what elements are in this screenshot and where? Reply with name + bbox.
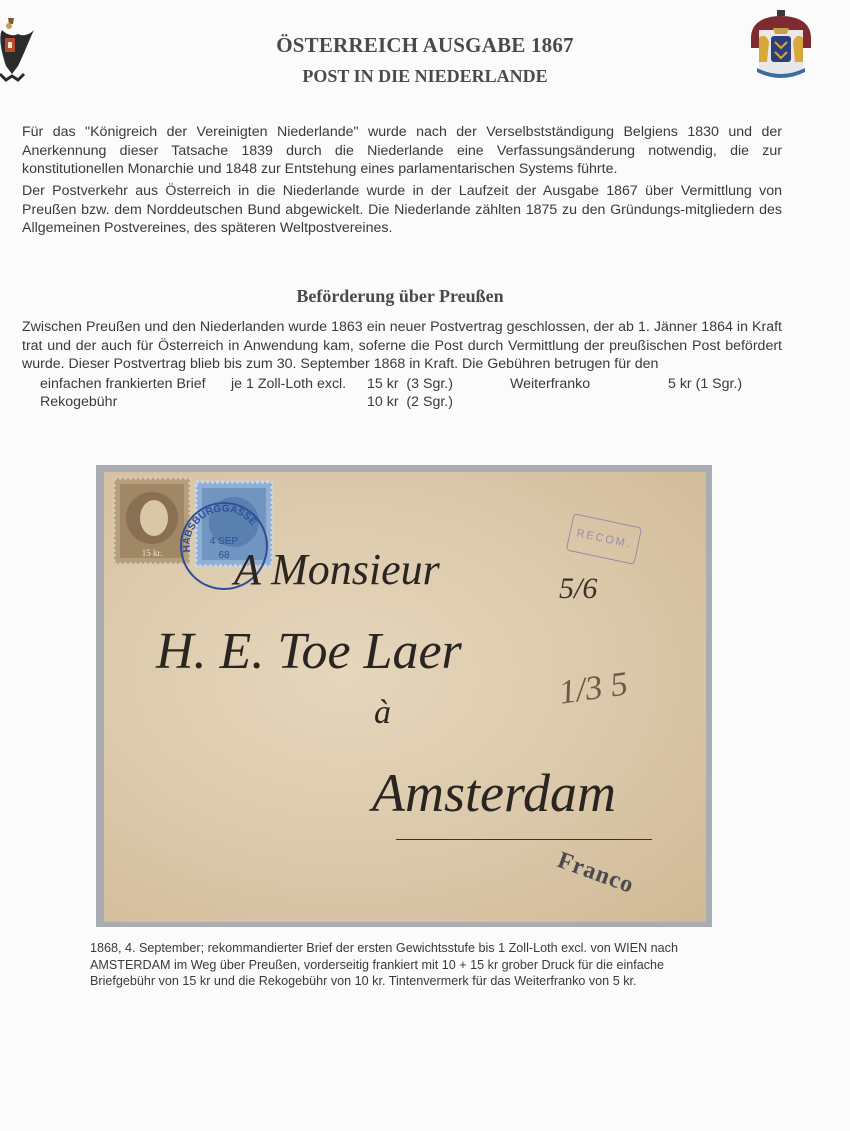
ink-mark: 5/6	[559, 572, 597, 606]
fee-amount: 15 kr (3 Sgr.)	[367, 376, 453, 392]
address-line-1: A Monsieur	[234, 544, 440, 595]
fee-extra-label: Weiterfranko	[510, 376, 590, 392]
fee-label: einfachen frankierten Brief	[40, 376, 206, 392]
svg-text:68: 68	[218, 550, 230, 561]
address-line-2: H. E. Toe Laer	[156, 622, 462, 681]
address-line-3: à	[374, 694, 391, 732]
section-title: Beförderung über Preußen	[0, 286, 800, 307]
fee-extra-amount: 5 kr (1 Sgr.)	[668, 376, 742, 392]
franco-handstamp: Franco	[554, 847, 638, 899]
page-subtitle: POST IN DIE NIEDERLANDE	[0, 66, 850, 87]
fee-label: Rekogebühr	[40, 394, 117, 410]
intro-paragraph-2: Der Postverkehr aus Österreich in die Ni…	[22, 182, 782, 238]
postal-cover: 15 kr. HABSBURGGASSE 4 SEP 68 RECOM. A M…	[104, 472, 706, 922]
registration-handstamp: RECOM.	[566, 513, 642, 565]
svg-text:15 kr.: 15 kr.	[142, 548, 163, 558]
underline	[396, 839, 652, 840]
section-paragraph: Zwischen Preußen und den Niederlanden wu…	[22, 318, 782, 374]
ink-mark: 1/3 5	[557, 665, 631, 712]
address-line-4: Amsterdam	[372, 762, 616, 824]
intro-paragraph-1: Für das "Königreich der Vereinigten Nied…	[22, 123, 782, 179]
fee-amount: 10 kr (2 Sgr.)	[367, 394, 453, 410]
page-title: ÖSTERREICH AUSGABE 1867	[0, 33, 850, 58]
cover-caption: 1868, 4. September; rekommandierter Brie…	[90, 940, 730, 990]
fee-condition: je 1 Zoll-Loth excl.	[231, 376, 346, 392]
